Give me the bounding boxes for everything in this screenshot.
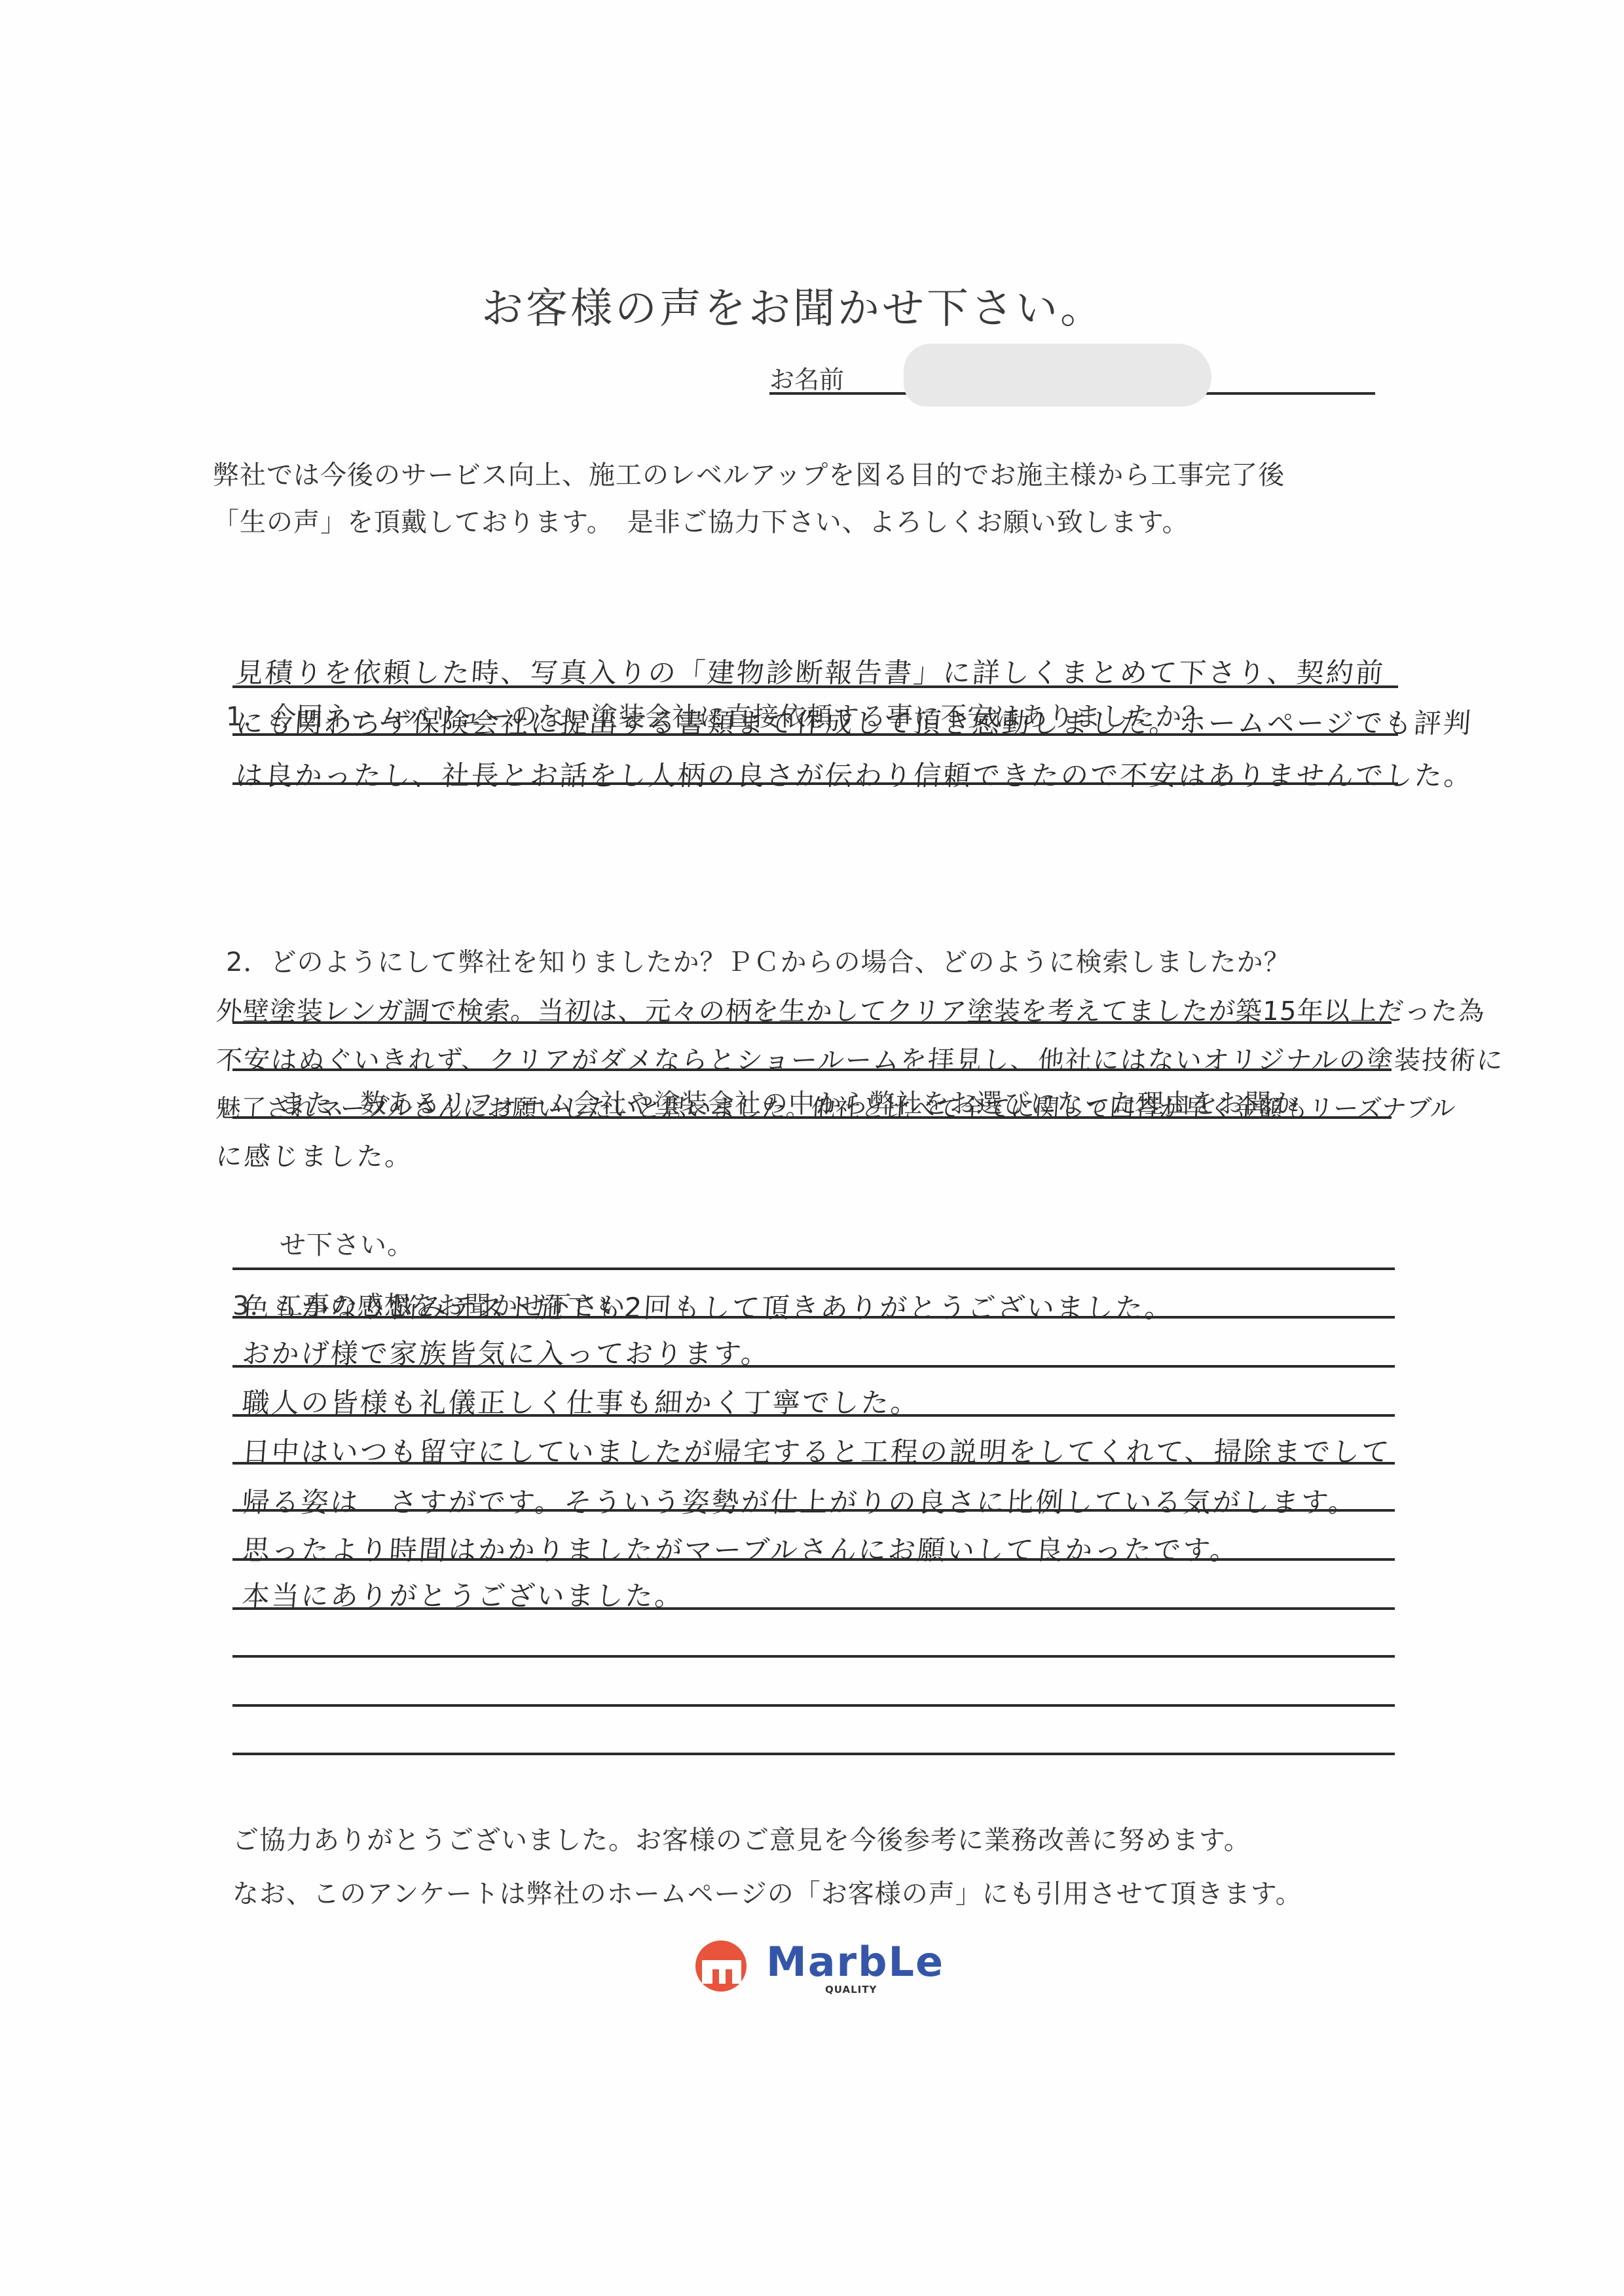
answer-rule: [232, 1509, 1395, 1512]
answer-2-line: に感じました。: [215, 1136, 415, 1173]
answer-rule: [232, 782, 1398, 785]
answer-rule: [232, 1753, 1395, 1755]
closing-text: ご協力ありがとうございました。お客様のご意見を今後参考に業務改善に努めます。なお…: [232, 1813, 1302, 1921]
intro-line: 弊社では今後のサービス向上、施工のレベルアップを図る目的でお施主様から工事完了後: [213, 452, 1285, 499]
answer-1-line: は良かったし、社長とお話をし人柄の良さが伝わり信頼できたので不安はありませんでし…: [234, 754, 1475, 793]
logo-m-glyph: [702, 1960, 741, 1984]
logo-wordmark: MarbLe: [766, 1942, 944, 1982]
answer-rule: [232, 1462, 1395, 1465]
answer-3-line: 思ったより時間はかかりましたがマーブルさんにお願いして良かったです。: [241, 1529, 1241, 1568]
marble-logo: MarbLe QUALITY: [694, 1931, 956, 1997]
answer-rule: [232, 1267, 1395, 1270]
answer-rule: [232, 1021, 1392, 1024]
closing-line: なお、このアンケートは弊社のホームページの「お客様の声」にも引用させて頂きます。: [232, 1867, 1302, 1921]
answer-rule: [232, 1655, 1395, 1658]
answer-rule: [232, 1316, 1395, 1319]
answer-rule: [232, 685, 1398, 688]
answer-2-line: 不安はぬぐいきれず、クリアがダメならとショールームを拝見し、他社にはないオリジナ…: [215, 1040, 1505, 1077]
answer-3-line: 色もかなり悩みテスト施工も2回もして頂きありがとうございました。: [241, 1286, 1175, 1326]
answer-rule: [232, 1558, 1395, 1561]
name-label: お名前: [769, 359, 844, 395]
answer-rule: [232, 1365, 1395, 1368]
logo-m-circle-icon: [695, 1941, 747, 1992]
answer-rule: [232, 1607, 1395, 1610]
survey-page: お客様の声をお聞かせ下さい。 お名前 弊社では今後のサービス向上、施工のレベルア…: [0, 0, 1624, 2296]
answer-rule: [232, 1704, 1395, 1707]
question-2-line: 2．どのようにして弊社を知りましたか？ＰＣからの場合、どのように検索しましたか？: [226, 939, 1299, 986]
answer-rule: [232, 733, 1398, 736]
logo-tagline: QUALITY: [825, 1984, 877, 1995]
answer-rule: [232, 1068, 1392, 1071]
name-field: お名前: [769, 357, 1375, 396]
answer-rule: [232, 1414, 1395, 1417]
intro-line: 「生の声」を頂戴しております。 是非ご協力下さい、よろしくお願い致します。: [213, 499, 1285, 546]
answer-1-line: 見積りを依頼した時、写真入りの「建物診断報告書」に詳しくまとめて下さり、契約前: [234, 651, 1386, 691]
answer-rule: [232, 1116, 1392, 1119]
intro-text: 弊社では今後のサービス向上、施工のレベルアップを図る目的でお施主様から工事完了後…: [213, 452, 1285, 546]
answer-3-line: 帰る姿は さすがです。そういう姿勢が仕上がりの良さに比例している気がします。: [241, 1481, 1359, 1520]
name-redaction-blur: [904, 344, 1211, 407]
closing-line: ご協力ありがとうございました。お客様のご意見を今後参考に業務改善に努めます。: [232, 1813, 1302, 1867]
form-title: お客様の声をお聞かせ下さい。: [481, 275, 1105, 335]
